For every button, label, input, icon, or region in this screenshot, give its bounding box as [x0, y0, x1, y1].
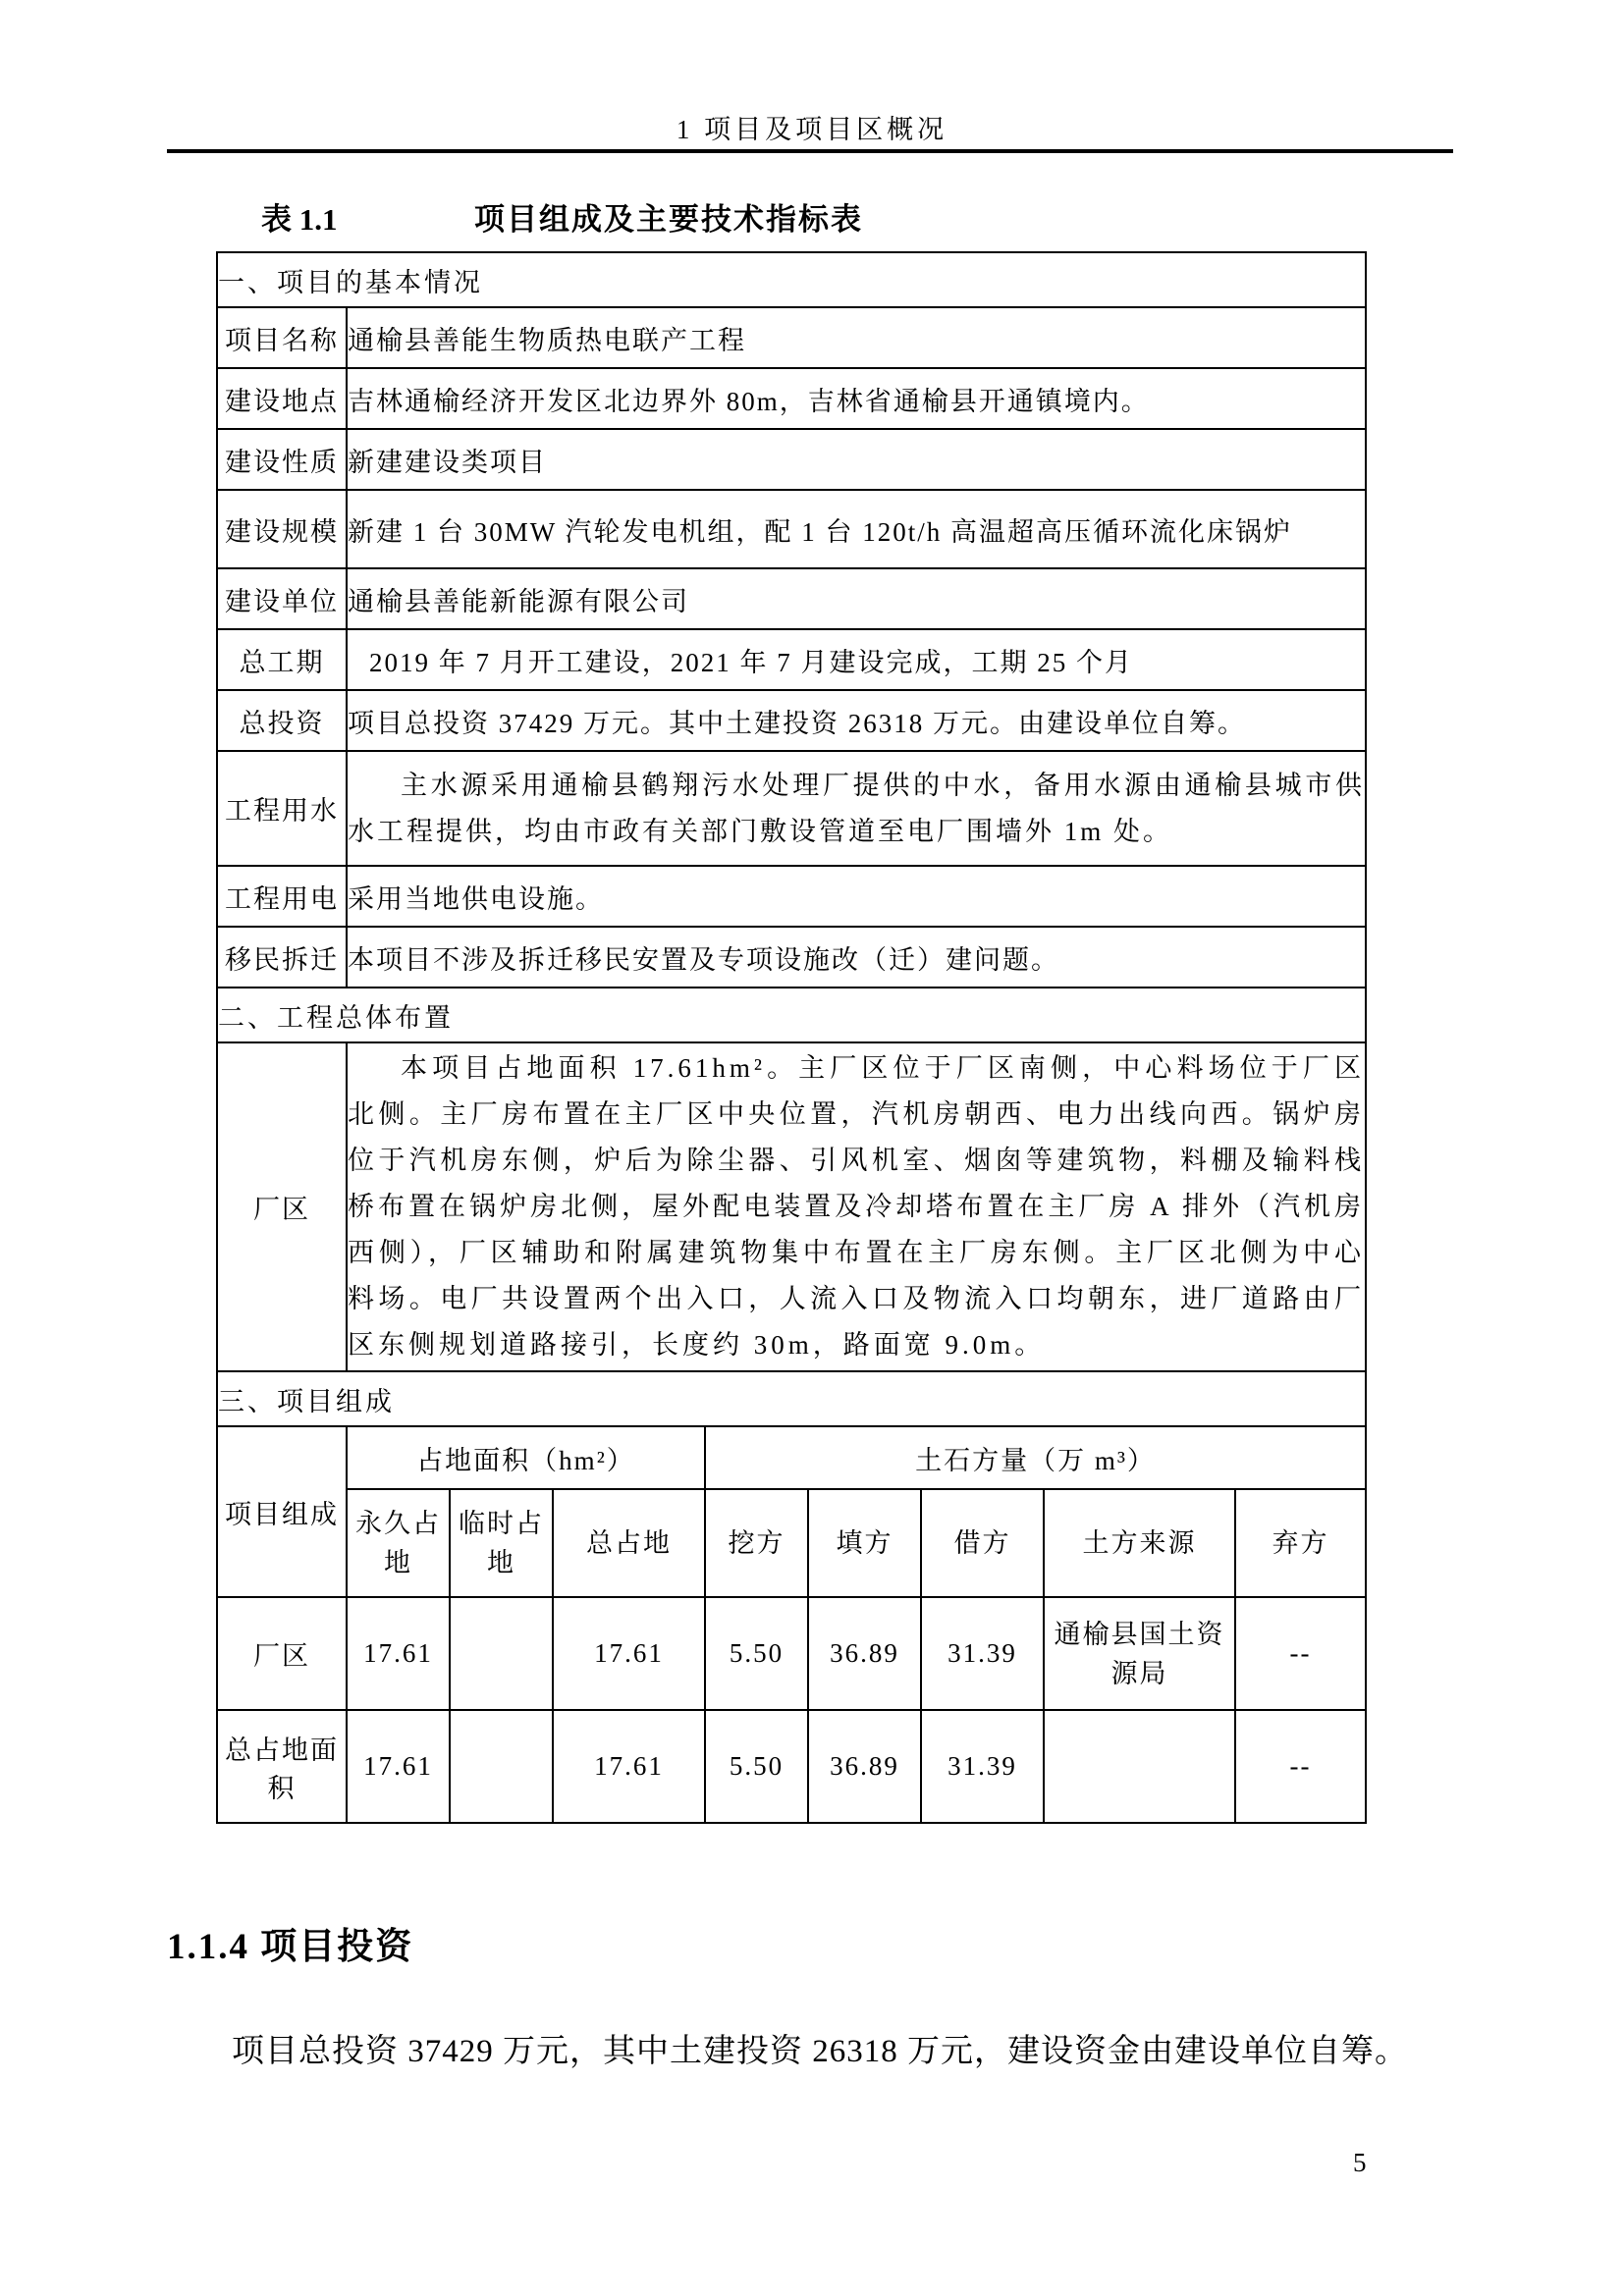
- row-label: 总投资: [217, 690, 347, 751]
- investment-paragraph: 项目总投资 37429 万元，其中土建投资 26318 万元，建设资金由建设单位…: [167, 2002, 1443, 2101]
- table-row: 建设地点 吉林通榆经济开发区北边界外 80m，吉林省通榆县开通镇境内。: [217, 368, 1366, 429]
- row-label: 移民拆迁: [217, 927, 347, 988]
- comp-cell: --: [1235, 1710, 1366, 1823]
- comp-col-header: 填方: [808, 1489, 921, 1597]
- row-value: 吉林通榆经济开发区北边界外 80m，吉林省通榆县开通镇境内。: [347, 368, 1366, 429]
- section-header-composition: 三、项目组成: [217, 1371, 1366, 1426]
- comp-cell: --: [1235, 1597, 1366, 1710]
- row-value: 2019 年 7 月开工建设，2021 年 7 月建设完成，工期 25 个月: [347, 629, 1366, 690]
- row-value: 主水源采用通榆县鹤翔污水处理厂提供的中水，备用水源由通榆县城市供水工程提供，均由…: [347, 751, 1366, 866]
- table-row: 移民拆迁 本项目不涉及拆迁移民安置及专项设施改（迁）建问题。: [217, 927, 1366, 988]
- comp-cell: 36.89: [808, 1710, 921, 1823]
- comp-data-row: 厂区 17.61 17.61 5.50 36.89 31.39 通榆县国土资源局…: [217, 1597, 1366, 1710]
- comp-cell: 5.50: [705, 1597, 808, 1710]
- table-caption-number: 表 1.1: [261, 194, 338, 239]
- table-row: 工程用水 主水源采用通榆县鹤翔污水处理厂提供的中水，备用水源由通榆县城市供水工程…: [217, 751, 1366, 866]
- comp-header-row-1: 项目组成 占地面积（hm²） 土石方量（万 m³）: [217, 1426, 1366, 1489]
- row-label: 总工期: [217, 629, 347, 690]
- table-caption: 表 1.1 项目组成及主要技术指标表: [216, 194, 1365, 245]
- table-row: 建设规模 新建 1 台 30MW 汽轮发电机组，配 1 台 120t/h 高温超…: [217, 490, 1366, 568]
- comp-cell-soil-source: 通榆县国土资源局: [1044, 1597, 1235, 1710]
- row-label: 建设单位: [217, 568, 347, 629]
- comp-cell: 36.89: [808, 1597, 921, 1710]
- comp-cell: [450, 1710, 553, 1823]
- comp-cell: 31.39: [921, 1597, 1044, 1710]
- comp-col-header: 挖方: [705, 1489, 808, 1597]
- comp-cell: 厂区: [217, 1597, 347, 1710]
- comp-col-header: 临时占地: [450, 1489, 553, 1597]
- table-row: 建设单位 通榆县善能新能源有限公司: [217, 568, 1366, 629]
- comp-cell: 17.61: [553, 1710, 705, 1823]
- row-label: 项目名称: [217, 307, 347, 368]
- comp-data-row: 总占地面积 17.61 17.61 5.50 36.89 31.39 --: [217, 1710, 1366, 1823]
- row-label: 工程用电: [217, 866, 347, 927]
- table-caption-title: 项目组成及主要技术指标表: [474, 194, 863, 239]
- table-row: 总工期 2019 年 7 月开工建设，2021 年 7 月建设完成，工期 25 …: [217, 629, 1366, 690]
- section-header-layout: 二、工程总体布置: [217, 988, 1366, 1042]
- row-value: 通榆县善能新能源有限公司: [347, 568, 1366, 629]
- factory-zone-paragraph: 本项目占地面积 17.61hm²。主厂区位于厂区南侧，中心料场位于厂区北侧。主厂…: [347, 1042, 1366, 1371]
- comp-col-header: 总占地: [553, 1489, 705, 1597]
- comp-corner-header: 项目组成: [217, 1426, 347, 1597]
- table-row: 项目名称 通榆县善能生物质热电联产工程: [217, 307, 1366, 368]
- main-table: 一、项目的基本情况 项目名称 通榆县善能生物质热电联产工程 建设地点 吉林通榆经…: [216, 251, 1367, 1824]
- comp-cell: [450, 1597, 553, 1710]
- comp-cell: 总占地面积: [217, 1710, 347, 1823]
- table-row: 工程用电 采用当地供电设施。: [217, 866, 1366, 927]
- row-value: 本项目不涉及拆迁移民安置及专项设施改（迁）建问题。: [347, 927, 1366, 988]
- row-label: 建设性质: [217, 429, 347, 490]
- table-row: 建设性质 新建建设类项目: [217, 429, 1366, 490]
- comp-col-header: 永久占地: [347, 1489, 450, 1597]
- section-header-basic-info: 一、项目的基本情况: [217, 252, 1366, 307]
- section-heading-1-1-4: 1.1.4 项目投资: [167, 1916, 413, 1969]
- row-value: 采用当地供电设施。: [347, 866, 1366, 927]
- table-row: 总投资 项目总投资 37429 万元。其中土建投资 26318 万元。由建设单位…: [217, 690, 1366, 751]
- comp-group-area: 占地面积（hm²）: [347, 1426, 705, 1489]
- comp-group-earthwork: 土石方量（万 m³）: [705, 1426, 1366, 1489]
- row-value: 项目总投资 37429 万元。其中土建投资 26318 万元。由建设单位自筹。: [347, 690, 1366, 751]
- comp-cell: 5.50: [705, 1710, 808, 1823]
- row-value: 新建 1 台 30MW 汽轮发电机组，配 1 台 120t/h 高温超高压循环流…: [347, 490, 1366, 568]
- comp-col-header: 土方来源: [1044, 1489, 1235, 1597]
- row-label: 建设地点: [217, 368, 347, 429]
- row-value: 通榆县善能生物质热电联产工程: [347, 307, 1366, 368]
- comp-cell: 17.61: [347, 1710, 450, 1823]
- row-label: 工程用水: [217, 751, 347, 866]
- row-value: 新建建设类项目: [347, 429, 1366, 490]
- comp-cell: 17.61: [347, 1597, 450, 1710]
- page-number: 5: [1353, 2148, 1367, 2178]
- page-header: 1 项目及项目区概况: [0, 108, 1624, 146]
- header-divider: [167, 149, 1453, 153]
- table-row: 厂区 本项目占地面积 17.61hm²。主厂区位于厂区南侧，中心料场位于厂区北侧…: [217, 1042, 1366, 1371]
- comp-cell-soil-source: [1044, 1710, 1235, 1823]
- comp-col-header: 借方: [921, 1489, 1044, 1597]
- row-label: 建设规模: [217, 490, 347, 568]
- comp-cell: 31.39: [921, 1710, 1044, 1823]
- comp-header-row-2: 永久占地 临时占地 总占地 挖方 填方 借方 土方来源 弃方: [217, 1489, 1366, 1597]
- comp-cell: 17.61: [553, 1597, 705, 1710]
- comp-col-header: 弃方: [1235, 1489, 1366, 1597]
- row-label: 厂区: [217, 1042, 347, 1371]
- document-page: 1 项目及项目区概况 表 1.1 项目组成及主要技术指标表 一、项目的基本情况 …: [0, 0, 1624, 2296]
